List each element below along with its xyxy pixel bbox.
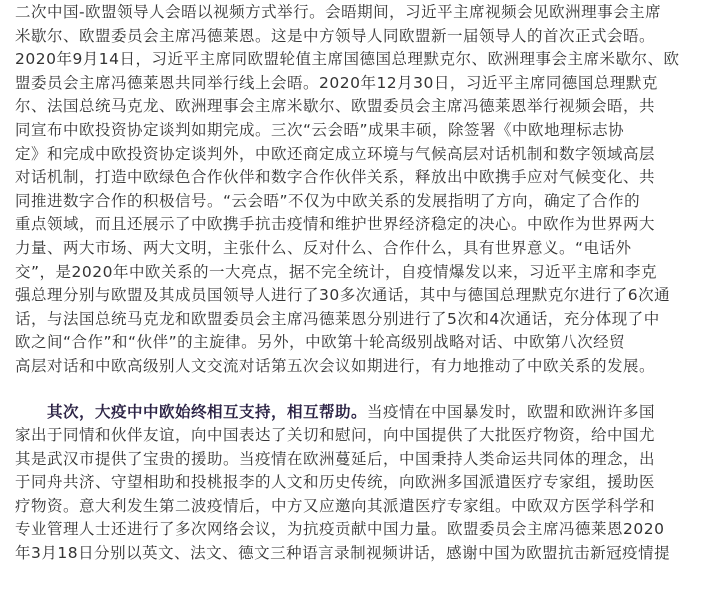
text-line-first: 其次，大疫中中欧始终相互支持，相互帮助。当疫情在中国暴发时，欧盟和欧洲许多国: [15, 401, 697, 425]
text-line: 交”，是2020年中欧关系的一大亮点，据不完全统计，自疫情爆发以来，习近平主席和…: [15, 261, 697, 285]
text-line: 家出于同情和伙伴友谊，向中国表达了关切和慰问，向中国提供了大批医疗物资，给中国尤: [15, 424, 697, 448]
paragraph-lead-bold: 其次，大疫中中欧始终相互支持，相互帮助。: [47, 403, 367, 421]
text-line: 力量、两大市场、两大文明，主张什么、反对什么、合作什么，具有世界意义。“电话外: [15, 237, 697, 261]
text-line: 于同舟共济、守望相助和投桃报李的人文和历史传统，向欧洲多国派遣医疗专家组，援助医: [15, 471, 697, 495]
text-line: 专业管理人士还进行了多次网络会议，为抗疫贡献中国力量。欧盟委员会主席冯德莱恩20…: [15, 518, 697, 542]
text-line: 米歇尔、欧盟委员会主席冯德莱恩。这是中方领导人同欧盟新一届领导人的首次正式会晤。: [15, 25, 697, 49]
text-line: 对话机制，打造中欧绿色合作伙伴和数字合作伙伴关系，释放出中欧携手应对气候变化、共: [15, 166, 697, 190]
text-line: 二次中国-欧盟领导人会晤以视频方式举行。会晤期间，习近平主席视频会见欧洲理事会主…: [15, 1, 697, 25]
text-line: 欧之间“合作”和“伙伴”的主旋律。另外，中欧第十轮高级别战略对话、中欧第八次经贸: [15, 331, 697, 355]
text-line: 疗物资。意大利发生第二波疫情后，中方又应邀向其派遣医疗专家组。中欧双方医学科学和: [15, 495, 697, 519]
text-line: 定》和完成中欧投资协定谈判外，中欧还商定成立环境与气候高层对话机制和数字领域高层: [15, 143, 697, 167]
text-run: 当疫情在中国暴发时，欧盟和欧洲许多国: [367, 403, 655, 421]
paragraph-spacer: [15, 379, 697, 401]
text-line: 强总理分别与欧盟及其成员国领导人进行了30多次通话，其中与德国总理默克尔进行了6…: [15, 284, 697, 308]
text-line: 2020年9月14日，习近平主席同欧盟轮值主席国德国总理默克尔、欧洲理事会主席米…: [15, 48, 697, 72]
text-line: 高层对话和中欧高级别人文交流对话第五次会议如期进行，有力地推动了中欧关系的发展。: [15, 355, 697, 379]
text-line: 盟委员会主席冯德莱恩共同举行线上会晤。2020年12月30日，习近平主席同德国总…: [15, 72, 697, 96]
text-line: 年3月18日分别以英文、法文、德文三种语言录制视频讲话，感谢中国为欧盟抗击新冠疫…: [15, 542, 697, 566]
text-line: 重点领域，而且还展示了中欧携手抗击疫情和维护世界经济稳定的决心。中欧作为世界两大: [15, 213, 697, 237]
text-line: 同推进数字合作的积极信号。“云会晤”不仅为中欧关系的发展指明了方向，确定了合作的: [15, 190, 697, 214]
text-line: 其是武汉市提供了宝贵的援助。当疫情在欧洲蔓延后，中国秉持人类命运共同体的理念，出: [15, 448, 697, 472]
paragraph-mutual-support: 其次，大疫中中欧始终相互支持，相互帮助。当疫情在中国暴发时，欧盟和欧洲许多国 家…: [15, 401, 697, 566]
text-line: 同宣布中欧投资协定谈判如期完成。三次“云会晤”成果丰硕，除签署《中欧地理标志协: [15, 119, 697, 143]
paragraph-cloud-summit-diplomacy: 二次中国-欧盟领导人会晤以视频方式举行。会晤期间，习近平主席视频会见欧洲理事会主…: [15, 1, 697, 379]
text-line: 话，与法国总统马克龙和欧盟委员会主席冯德莱恩分别进行了5次和4次通话，充分体现了…: [15, 308, 697, 332]
article-body: 二次中国-欧盟领导人会晤以视频方式举行。会晤期间，习近平主席视频会见欧洲理事会主…: [15, 1, 697, 566]
text-line: 尔、法国总统马克龙、欧洲理事会主席米歇尔、欧盟委员会主席冯德莱恩举行视频会晤，共: [15, 95, 697, 119]
